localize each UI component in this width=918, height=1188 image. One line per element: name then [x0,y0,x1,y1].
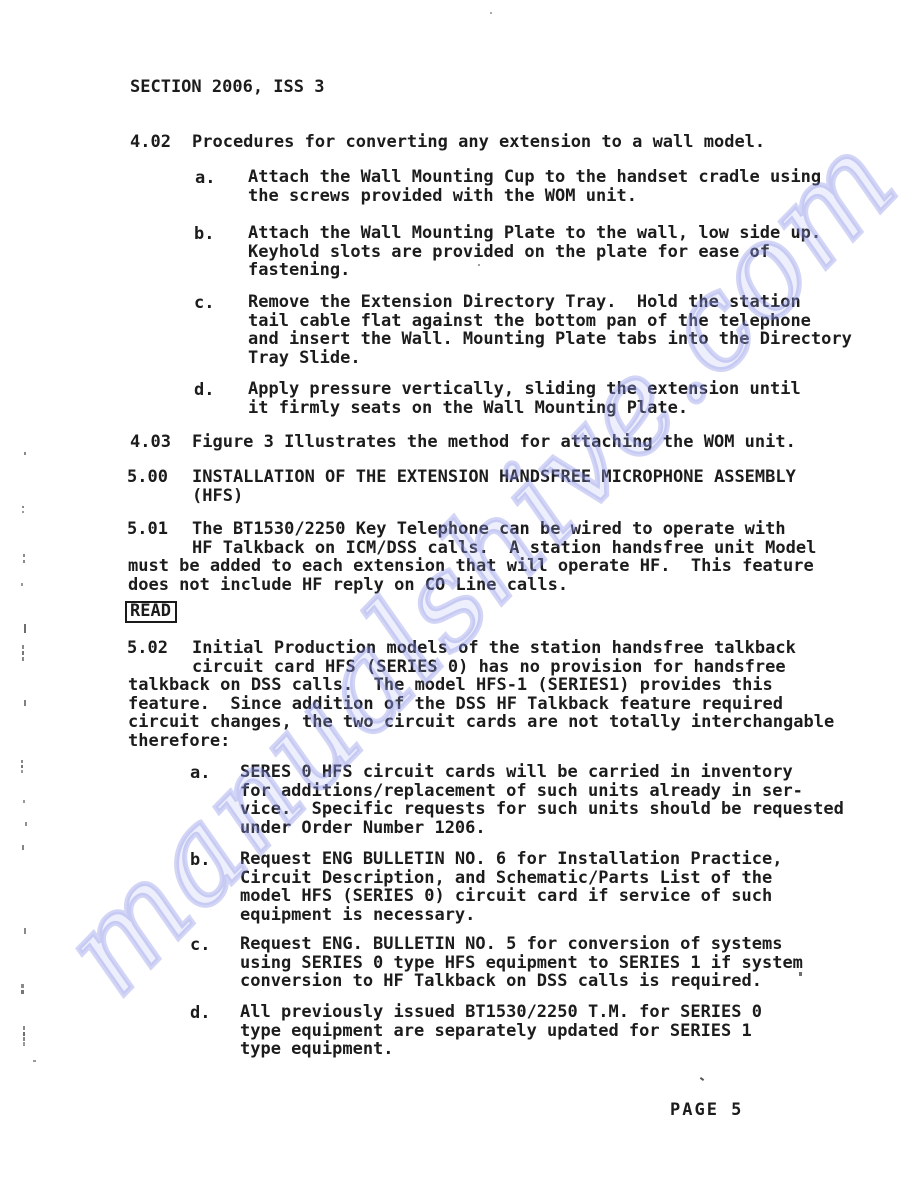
scan-speck [24,452,26,455]
list-item-b2: b. Request ENG BULLETIN NO. 6 for Instal… [190,850,782,924]
list-letter: a. [190,763,210,783]
list-item-line: the screws provided with the WOM unit. [248,187,821,206]
list-item-line: Remove the Extension Directory Tray. Hol… [248,293,852,312]
list-item-line: All previously issued BT1530/2250 T.M. f… [240,1003,762,1022]
scan-speck [21,760,23,763]
list-item-a2: a. SERES 0 HFS circuit cards will be car… [190,763,844,837]
paragraph-line: INSTALLATION OF THE EXTENSION HANDSFREE … [192,468,796,487]
list-item-line: model HFS (SERIES 0) circuit card if ser… [240,887,782,906]
section-header: SECTION 2006, ISS 3 [130,78,324,97]
list-letter: c. [194,293,214,313]
read-stamp: READ [125,601,177,623]
paragraph-line: talkback on DSS calls. The model HFS-1 (… [128,676,834,695]
scan-speck [700,1077,704,1081]
list-item-line: Tray Slide. [248,349,852,368]
paragraph-4-03-number: 4.03 [130,433,171,452]
scan-speck [478,264,480,266]
list-letter: a. [195,168,215,188]
paragraph-4-02-title: Procedures for converting any extension … [192,133,765,152]
scan-speck [21,583,23,586]
list-item-line: fastening. [248,261,821,280]
paragraph-line: (HFS) [192,487,796,506]
list-item-line: Attach the Wall Mounting Cup to the hand… [248,168,821,187]
list-letter: b. [194,224,214,244]
list-item-line: Attach the Wall Mounting Plate to the wa… [248,224,821,243]
paragraph-line: HF Talkback on ICM/DSS calls. A station … [192,539,816,558]
page-number: PAGE 5 [670,1100,743,1120]
list-item-line: equipment is necessary. [240,906,782,925]
list-item-line: conversion to HF Talkback on DSS calls i… [240,972,803,991]
paragraph-4-02-number: 4.02 [130,133,171,152]
list-item-c: c. Remove the Extension Directory Tray. … [194,293,852,367]
paragraph-4-03-title: Figure 3 Illustrates the method for atta… [192,433,796,452]
scan-speck [22,845,24,850]
paragraph-line: must be added to each extension that wil… [128,557,816,576]
scan-speck [23,800,25,803]
paragraph-line: feature. Since addition of the DSS HF Ta… [128,695,834,714]
scan-speck [490,12,492,14]
paragraph-line: does not include HF reply on CO Line cal… [128,576,816,595]
list-item-line: using SERIES 0 type HFS equipment to SER… [240,954,803,973]
list-item-line: type equipment are separately updated fo… [240,1022,762,1041]
paragraph-line: Initial Production models of the station… [192,639,834,658]
list-item-line: for additions/replacement of such units … [240,782,844,801]
list-item-line: it firmly seats on the Wall Mounting Pla… [248,399,801,418]
scan-speck [25,822,27,826]
list-item-line: Request ENG BULLETIN NO. 6 for Installat… [240,850,782,869]
scan-speck [21,984,24,988]
paragraph-line: The BT1530/2250 Key Telephone can be wir… [192,520,816,539]
paragraph-line: therefore: [128,732,834,751]
list-item-line: tail cable flat against the bottom pan o… [248,312,852,331]
paragraph-5-01: The BT1530/2250 Key Telephone can be wir… [128,520,816,594]
paragraph-5-00-number: 5.00 [127,468,168,487]
list-letter: c. [190,935,210,955]
list-item-line: Request ENG. BULLETIN NO. 5 for conversi… [240,935,803,954]
list-item-c2: c. Request ENG. BULLETIN NO. 5 for conve… [190,935,803,991]
paragraph-line: circuit card HFS (SERIES 0) has no provi… [192,658,834,677]
list-item-line: Circuit Description, and Schematic/Parts… [240,869,782,888]
scan-speck [33,1060,36,1062]
list-item-line: Apply pressure vertically, sliding the e… [248,380,801,399]
list-item-line: type equipment. [240,1040,762,1059]
list-item-d: d. Apply pressure vertically, sliding th… [194,380,801,417]
scan-speck [22,645,24,649]
list-item-line: Keyhold slots are provided on the plate … [248,243,821,262]
paragraph-line: circuit changes, the two circuit cards a… [128,713,834,732]
list-item-b: b. Attach the Wall Mounting Plate to the… [194,224,821,280]
list-item-line: and insert the Wall. Mounting Plate tabs… [248,330,852,349]
paragraph-5-00: INSTALLATION OF THE EXTENSION HANDSFREE … [192,468,796,505]
list-letter: b. [190,850,210,870]
scanned-document-page: SECTION 2006, ISS 3 4.02 Procedures for … [0,0,918,1188]
list-item-line: under Order Number 1206. [240,819,844,838]
paragraph-5-02: Initial Production models of the station… [128,639,834,750]
list-letter: d. [194,380,214,400]
list-letter: d. [190,1003,210,1023]
list-item-d2: d. All previously issued BT1530/2250 T.M… [190,1003,762,1059]
scan-speck [24,928,26,934]
scan-speck [23,554,25,557]
scan-speck [23,1026,25,1030]
scan-speck [22,506,24,508]
scan-speck [24,624,26,633]
scan-speck [24,700,26,706]
scan-speck [799,972,802,976]
list-item-line: SERES 0 HFS circuit cards will be carrie… [240,763,844,782]
list-item-line: vice. Specific requests for such units s… [240,800,844,819]
list-item-a: a. Attach the Wall Mounting Cup to the h… [195,168,821,205]
